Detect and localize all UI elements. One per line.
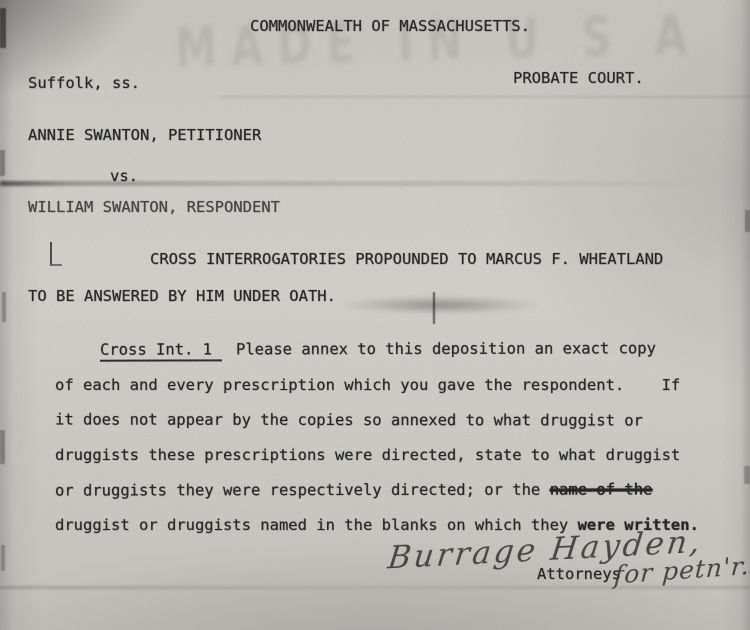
body-line-5-text: or druggists they were respectively dire… bbox=[55, 481, 550, 500]
interrogatories-heading-line1: CROSS INTERROGATORIES PROPOUNDED TO MARC… bbox=[150, 251, 663, 268]
body-line-3: it does not appear by the copies so anne… bbox=[55, 411, 643, 429]
respondent-caption: WILLIAM SWANTON, RESPONDENT bbox=[28, 199, 280, 216]
document-title: COMMONWEALTH OF MASSACHUSETTS. bbox=[250, 18, 530, 35]
attorneys-typed-label: Attorneys bbox=[537, 566, 621, 583]
body-line-4: druggists these prescriptions were direc… bbox=[55, 447, 680, 464]
body-line-6-text: druggist or druggists named in the blank… bbox=[55, 516, 578, 534]
interrogatories-heading-line2: TO BE ANSWERED BY HIM UNDER OATH. bbox=[28, 288, 336, 305]
court-name: PROBATE COURT. bbox=[513, 70, 644, 87]
scanned-document-page: MADE IN U S A COMMONWEALTH OF MASSACHUSE… bbox=[0, 0, 750, 630]
struck-through-words: name of the bbox=[550, 480, 653, 498]
body-line-1-text: Please annex to this deposition an exact… bbox=[236, 339, 656, 358]
petitioner-caption: ANNIE SWANTON, PETITIONER bbox=[28, 127, 261, 144]
body-line-2: of each and every prescription which you… bbox=[55, 377, 680, 394]
body-line-5: or druggists they were respectively dire… bbox=[55, 481, 652, 499]
body-line-1: Cross Int. 1Please annex to this deposit… bbox=[100, 340, 656, 358]
versus-label: vs. bbox=[110, 168, 138, 185]
county-venue-line: Suffolk, ss. bbox=[28, 75, 140, 92]
cross-int-label: Cross Int. 1 bbox=[100, 340, 222, 361]
